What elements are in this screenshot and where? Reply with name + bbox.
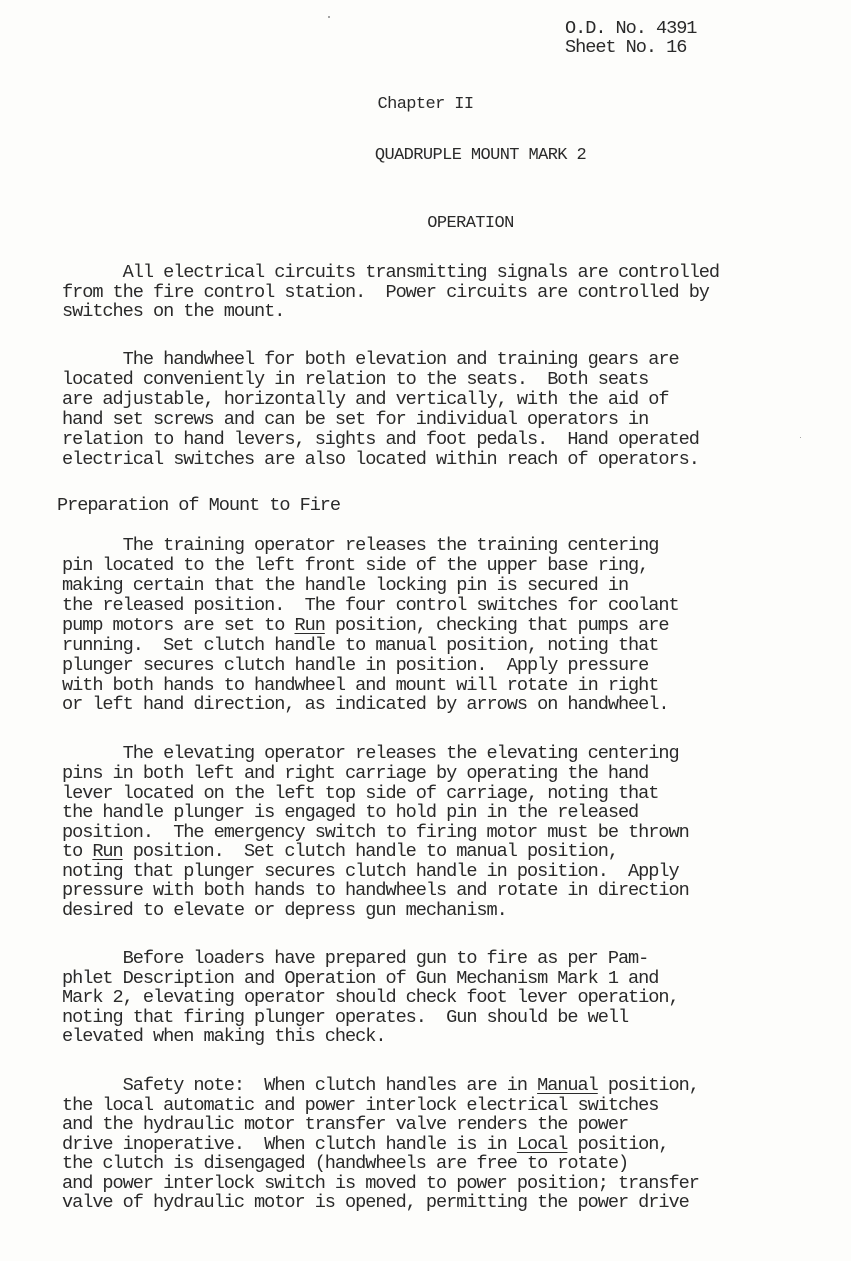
underlined-term-local: Local xyxy=(517,1134,568,1155)
text-line: are adjustable, horizontally and vertica… xyxy=(62,390,669,410)
text-line: the handle plunger is engaged to hold pi… xyxy=(62,803,638,823)
text-line: electrical switches are also located wit… xyxy=(62,450,699,470)
text-line: pump motors are set to Run position, che… xyxy=(62,616,669,636)
text-line: phlet Description and Operation of Gun M… xyxy=(62,969,658,989)
text-line: Mark 2, elevating operator should check … xyxy=(62,988,679,1008)
text-line: and the hydraulic motor transfer valve r… xyxy=(62,1115,628,1135)
text-line: pressure with both hands to handwheels a… xyxy=(62,881,689,901)
text-line: position. The emergency switch to firing… xyxy=(62,823,689,843)
text-line: All electrical circuits transmitting sig… xyxy=(62,263,719,283)
text-line: noting that plunger secures clutch handl… xyxy=(62,862,679,882)
text-line: The handwheel for both elevation and tra… xyxy=(62,350,679,370)
section-heading: OPERATION xyxy=(45,214,851,233)
text-line: the released position. The four control … xyxy=(62,596,679,616)
text-line: from the fire control station. Power cir… xyxy=(62,283,709,303)
text-line: the local automatic and power interlock … xyxy=(62,1096,658,1116)
text-segment: to xyxy=(62,841,92,862)
text-line: elevated when making this check. xyxy=(62,1027,385,1047)
text-line: desired to elevate or depress gun mechan… xyxy=(62,901,507,921)
text-line: Safety note: When clutch handles are in … xyxy=(62,1076,699,1096)
text-line: pin located to the left front side of th… xyxy=(62,556,648,576)
text-line: The training operator releases the train… xyxy=(62,536,658,556)
paper-speck xyxy=(328,16,330,18)
text-line: located conveniently in relation to the … xyxy=(62,370,648,390)
od-number: O.D. No. 4391 xyxy=(565,19,696,39)
text-line: hand set screws and can be set for indiv… xyxy=(62,410,648,430)
text-segment: position, xyxy=(598,1075,699,1096)
text-segment: Safety note: When clutch handles are in xyxy=(62,1075,537,1096)
text-line: plunger secures clutch handle in positio… xyxy=(62,656,648,676)
underlined-term-run: Run xyxy=(92,841,122,862)
chapter-heading: Chapter II xyxy=(0,95,851,114)
text-line: Before loaders have prepared gun to fire… xyxy=(62,949,648,969)
text-segment: position. Set clutch handle to manual po… xyxy=(123,841,618,862)
text-line: lever located on the left top side of ca… xyxy=(62,784,658,804)
text-line: running. Set clutch handle to manual pos… xyxy=(62,636,658,656)
text-segment: position, checking that pumps are xyxy=(325,615,669,636)
text-line: relation to hand levers, sights and foot… xyxy=(62,430,699,450)
paper-speck xyxy=(800,437,801,438)
text-line: to Run position. Set clutch handle to ma… xyxy=(62,842,618,862)
text-line: or left hand direction, as indicated by … xyxy=(62,695,669,715)
text-line: valve of hydraulic motor is opened, perm… xyxy=(62,1193,689,1213)
text-line: noting that firing plunger operates. Gun… xyxy=(62,1008,628,1028)
document-title: QUADRUPLE MOUNT MARK 2 xyxy=(55,146,851,165)
underlined-term-manual: Manual xyxy=(537,1075,598,1096)
document-page: O.D. No. 4391 Sheet No. 16 Chapter II QU… xyxy=(0,0,851,1261)
subheading: Preparation of Mount to Fire xyxy=(57,496,340,516)
underlined-term-run: Run xyxy=(295,615,325,636)
text-segment: pump motors are set to xyxy=(62,615,295,636)
text-line: switches on the mount. xyxy=(62,302,284,322)
text-line: and power interlock switch is moved to p… xyxy=(62,1174,699,1194)
text-segment: drive inoperative. When clutch handle is… xyxy=(62,1134,517,1155)
text-line: making certain that the handle locking p… xyxy=(62,576,628,596)
text-segment: position, xyxy=(567,1134,668,1155)
text-line: The elevating operator releases the elev… xyxy=(62,744,679,764)
text-line: with both hands to handwheel and mount w… xyxy=(62,676,658,696)
text-line: pins in both left and right carriage by … xyxy=(62,764,648,784)
text-line: drive inoperative. When clutch handle is… xyxy=(62,1135,669,1155)
sheet-number: Sheet No. 16 xyxy=(565,38,686,58)
text-line: the clutch is disengaged (handwheels are… xyxy=(62,1154,628,1174)
